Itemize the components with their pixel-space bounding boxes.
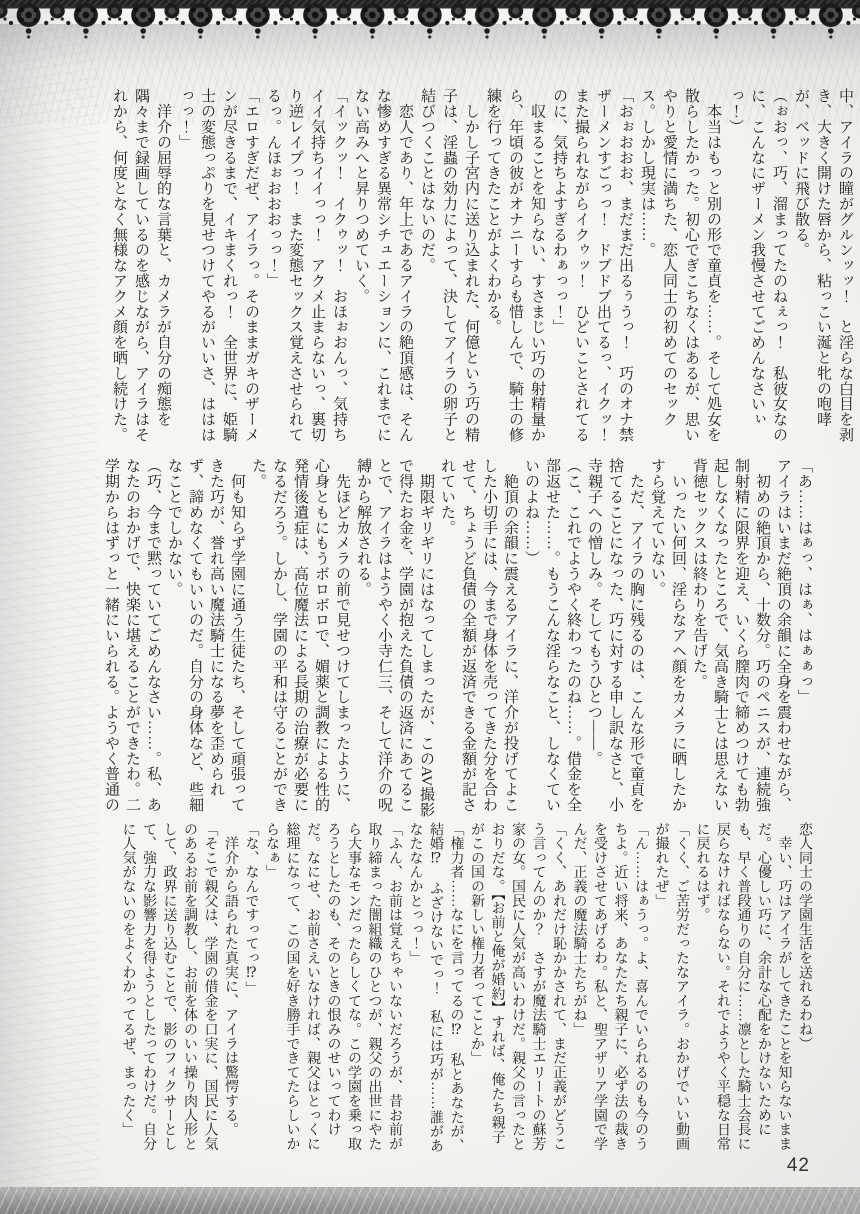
- paragraph: 洋介から語られた真実に、アイラは驚愕する。: [220, 822, 241, 1154]
- paragraph: 先ほどカメラの前で見せつけてしまったように、心身ともにもうボロボロで、媚薬と調教…: [247, 458, 352, 822]
- paragraph: （ぉおっ、巧、溜まってたのねぇっ！ 私彼女なのに、こんなにザーメン我慢させてごめ…: [724, 88, 790, 452]
- paragraph: 何も知らず学園に通う生徒たち、そして頑張ってきた巧が、誉れ高い魔法騎士になる夢を…: [163, 458, 247, 822]
- paragraph: 「そこで親父は、学園の借金を口実に、国民に人気のあるお前を調教し、お前を体のいい…: [117, 822, 220, 1154]
- paragraph: しかし子宮内に送り込まれた、何億という巧の精子は、淫蟲の効力によって、決してアイ…: [416, 88, 482, 452]
- lace-border-icon: [0, 0, 860, 42]
- paragraph: ただ、アイラの胸に残るのは、こんな形で童貞を捨てることになった、巧に対する申し訳…: [583, 458, 646, 822]
- text-band-top: 中、アイラの瞳がグルンッッ！ と淫らな白目を剥き、大きく開けた唇から、粘っこい涎…: [86, 88, 856, 452]
- paragraph: 「おぉおおお、まだまだ出るぅうっ！ 巧のオナ禁ザーメンすごっっ！ ドブドブ出てる…: [548, 88, 636, 452]
- paper-texture-left: [0, 0, 100, 1214]
- paragraph: 「権力者……なにを言ってるの⁉ 私とあなたが、結婚⁉ ふざけないでっ！ 私には巧…: [404, 822, 466, 1154]
- paragraph: 期限ギリギリにはなってしまったが、このAV撮影で得たお金を、学園が抱えた負債の返…: [352, 458, 436, 822]
- paragraph: アイラはいまだ絶頂の余韻に全身を震わせながら、: [772, 458, 793, 822]
- paragraph: 中、アイラの瞳がグルンッッ！ と淫らな白目を剥き、大きく開けた唇から、粘っこい涎…: [790, 88, 856, 452]
- text-band-middle: 「あ……はぁっ、はぁ、はぁぁっ」アイラはいまだ絶頂の余韻に全身を震わせながら、 …: [90, 458, 814, 822]
- paragraph: 初めの絶頂から、十数分。巧のペニスが、連続強制射精に限界を迎え、いくら膣肉で締め…: [688, 458, 772, 822]
- paragraph: 恋人同士の学園生活を送れるわね）: [794, 822, 815, 1154]
- paragraph: 「ふん、お前は覚えちゃいないだろうが、昔お前が取り締まった闇組織のひとつが、親父…: [261, 822, 405, 1154]
- paragraph: 「イックッ！ イクゥッ！ おほぉおんっ、気持ちイイ気持ちイイっっ！ アクメ止まら…: [262, 88, 350, 452]
- paper-texture-bottom-strip: [0, 1187, 860, 1214]
- paragraph: 洋介の屈辱的な言葉と、カメラが自分の痴態を隅々まで録画しているのを感じながら、ア…: [108, 88, 174, 452]
- paragraph: 本当はもっと別の形で童貞を……。そして処女を散らしたかった。初心でぎこちなくはあ…: [636, 88, 724, 452]
- paragraph: 「エロすぎだぜ、アイラっ。そのままガキのザーメンが尽きるまで、イキまくれっ！ 全…: [174, 88, 262, 452]
- paragraph: 「あ……はぁっ、はぁ、はぁぁっ」: [793, 458, 814, 822]
- paragraph: 「な、なんですってっ⁉」: [240, 822, 261, 1154]
- book-page: 中、アイラの瞳がグルンッッ！ と淫らな白目を剥き、大きく開けた唇から、粘っこい涎…: [0, 0, 860, 1214]
- paragraph: 収まることを知らない、すさまじい巧の射精量から、年頃の彼がオナニーすらも惜しんで…: [482, 88, 548, 452]
- paragraph: 恋人であり、年上であるアイラの絶頂感は、そんな惨めすぎる異常シチュエーションに、…: [350, 88, 416, 452]
- paragraph: 幸い、巧はアイラがしてきたことを知らないままだ。心優しい巧に、余計な心配をかけな…: [691, 822, 794, 1154]
- text-band-bottom: 恋人同士の学園生活を送れるわね） 幸い、巧はアイラがしてきたことを知らないままだ…: [90, 822, 814, 1154]
- paragraph: 絶頂の余韻に震えるアイラに、洋介が投げてよこした小切手には、今まで身体を売ってき…: [436, 458, 520, 822]
- paragraph: 「くく、ご苦労だったなアイラ。おかげでいい動画が撮れたぜ」: [650, 822, 691, 1154]
- paragraph: 「ん……はぁうっ。よ、喜んでいられるのも今のうちよ。近い将来、あなたたち親子に、…: [568, 822, 650, 1154]
- page-number: 42: [787, 1155, 810, 1177]
- paragraph: （巧、今まで黙っていてごめんなさい……。私、あなたのおかげで、快楽に堪えることが…: [100, 458, 163, 822]
- paragraph: （こ、これでようやく終わったのね……。借金を全部返せた……。もうこんな淫らなこと…: [520, 458, 583, 822]
- paragraph: いったい何回、淫らなアヘ顔をカメラに晒したかすら覚えていない。: [646, 458, 688, 822]
- paragraph: 「くく、あれだけ恥かかされて、まだ正義がどうこう言ってんのか？ さすが魔法騎士エ…: [466, 822, 569, 1154]
